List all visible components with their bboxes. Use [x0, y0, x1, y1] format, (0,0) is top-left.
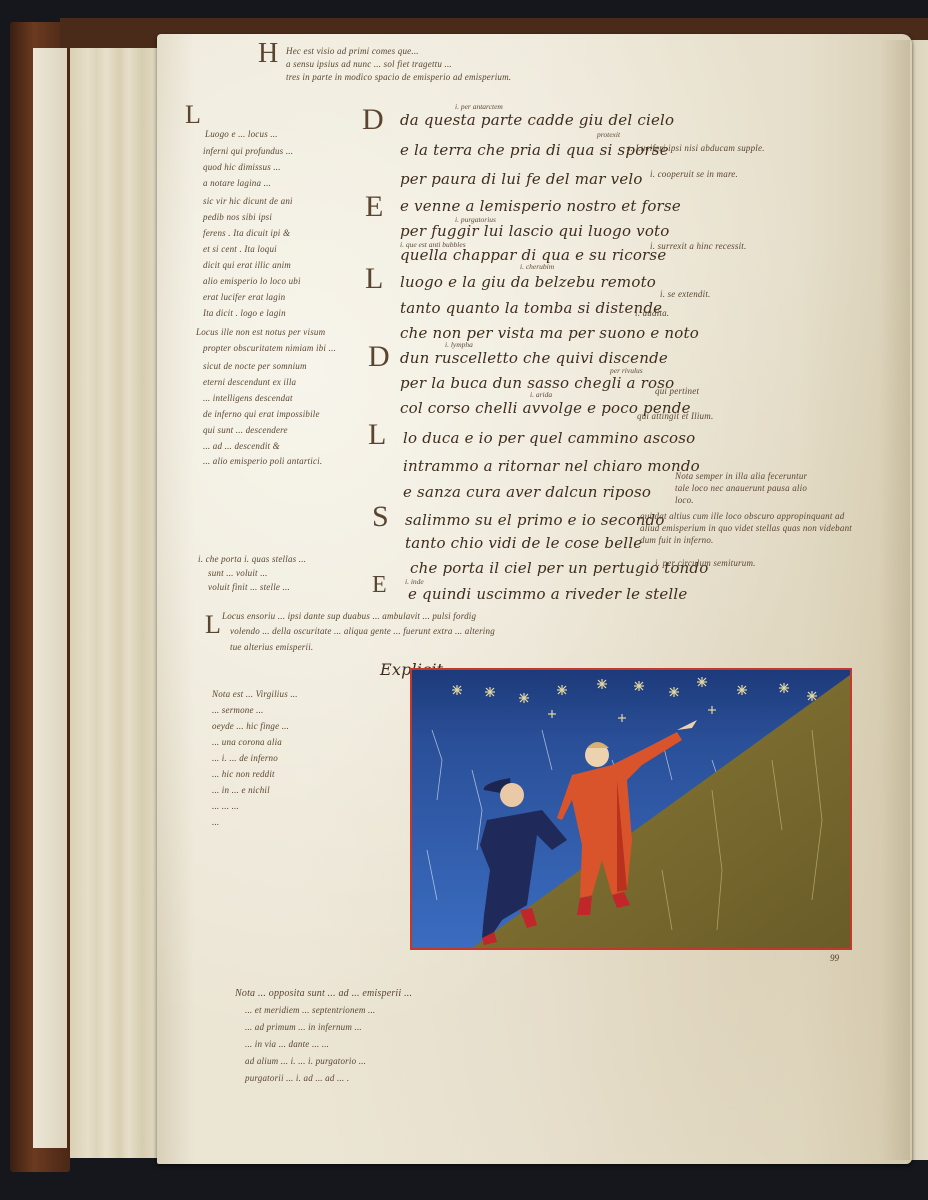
- verse-initial: S: [372, 500, 389, 534]
- verse-line: e quindi uscimmo a riveder le stelle: [408, 584, 688, 604]
- commentary-line: propter obscuritatem nimiam ibi ...: [203, 342, 336, 354]
- verse-initial: E: [372, 572, 387, 599]
- commentary-initial: L: [205, 610, 221, 640]
- verse-line: lo duca e io per quel cammino ascoso: [403, 428, 695, 448]
- commentary-line: Hec est visio ad primi comes que...: [286, 45, 419, 57]
- marginal-gloss: Nota semper in illa alia feceruntur tale…: [675, 470, 820, 506]
- commentary-filler: ... ... ...: [212, 798, 298, 814]
- commentary-filler: ... in ... e nichil: [212, 782, 298, 798]
- commentary-line: ad alium ... i. ... i. purgatorio ...: [235, 1053, 412, 1070]
- marginal-gloss: qui attingit et Ilium.: [637, 410, 713, 422]
- verse-line: tanto chio vidi de le cose belle: [405, 533, 642, 553]
- commentary-line: purgatorii ... i. ad ... ad ... .: [235, 1070, 412, 1087]
- page-curl: [880, 40, 910, 1160]
- commentary-line: ... et meridiem ... septentrionem ...: [235, 1002, 412, 1019]
- miniature-illustration: [410, 668, 852, 950]
- commentary-line: volendo ... della oscuritate ... aliqua …: [230, 625, 495, 637]
- bottom-commentary: Nota ... opposita sunt ... ad ... emispe…: [235, 985, 412, 1087]
- commentary-line: a sensu ipsius ad nunc ... sol fiet trag…: [286, 58, 452, 70]
- verse-line: da questa parte cadde giu del cielo: [400, 110, 674, 130]
- marginal-gloss: i. audita.: [635, 307, 669, 319]
- verse-line: e venne a lemisperio nostro et forse: [400, 196, 681, 216]
- commentary-initial: L: [185, 100, 201, 130]
- marginal-gloss: i. se extendit.: [660, 288, 710, 300]
- miniature-scene: [412, 670, 850, 948]
- commentary-line: ... sermone ...: [212, 702, 298, 718]
- commentary-line: ... in via ... dante ... ...: [235, 1036, 412, 1053]
- interlinear-gloss: i. cherubim: [520, 262, 554, 271]
- verse-initial: D: [362, 103, 384, 137]
- verse-initial: E: [365, 190, 383, 224]
- commentary-filler: ... i. ... de inferno: [212, 750, 298, 766]
- verse-line: salimmo su el primo e io secondo: [405, 510, 665, 530]
- verse-line: dun ruscelletto che quivi discende: [400, 348, 668, 368]
- marginal-gloss: qui pertinet: [655, 385, 699, 397]
- commentary-line: Locus ille non est notus per visum: [196, 326, 325, 338]
- marginal-gloss: i. surrexit a hinc recessit.: [650, 240, 746, 252]
- marginal-gloss: i. cooperuit se in mare.: [650, 168, 738, 180]
- commentary-line: ... ad primum ... in infernum ...: [235, 1019, 412, 1036]
- commentary-line: tres in parte in modico spacio de emispe…: [286, 71, 511, 83]
- commentary-line: i. che porta i. quas stellas ...: [198, 553, 306, 565]
- commentary-line: quod hic dimissus ...: [203, 161, 281, 173]
- commentary-filler: sicut de nocte per somniumeterni descend…: [203, 358, 320, 454]
- marginal-gloss: i. per circulum semiturum.: [655, 557, 756, 569]
- flyleaf: [33, 48, 67, 1148]
- verse-line: e sanza cura aver dalcun riposo: [403, 482, 651, 502]
- commentary-line: Nota est ... Virgilius ...: [212, 686, 298, 702]
- verse-line: tanto quanto la tomba si distende: [400, 298, 662, 318]
- commentary-line: sunt ... voluit ...: [208, 567, 268, 579]
- commentary-line: Locus ensoriu ... ipsi dante sup duabus …: [222, 610, 476, 622]
- commentary-line: Nota ... opposita sunt ... ad ... emispe…: [235, 985, 412, 1002]
- commentary-line: a notare lagina ...: [203, 177, 271, 189]
- verse-line: luogo e la giu da belzebu remoto: [400, 272, 656, 292]
- left-commentary-block-3: Nota est ... Virgilius ... ... sermone .…: [212, 686, 298, 830]
- verse-line: per paura di lui fe del mar velo: [400, 169, 643, 189]
- verse-line: per fuggir lui lascio qui luogo voto: [400, 221, 670, 241]
- commentary-filler: ... una corona alia: [212, 734, 298, 750]
- commentary-filler: sic vir hic dicunt de anipedib nos sibi …: [203, 193, 301, 321]
- marginal-gloss: s. Luciferi ipsi nisi abducam supple.: [627, 142, 765, 154]
- commentary-line: Luogo e ... locus ...: [205, 128, 278, 140]
- commentary-line: ... alio emisperio poli antartici.: [203, 455, 322, 467]
- commentary-filler: ... hic non reddit: [212, 766, 298, 782]
- marginal-gloss: qui dat altius cum ille loco obscuro app…: [640, 510, 865, 546]
- page-stack: [70, 48, 161, 1158]
- verse-initial: L: [368, 418, 386, 452]
- commentary-line: voluit finit ... stelle ...: [208, 581, 290, 593]
- initial-h: H: [258, 38, 278, 70]
- commentary-line: ...: [212, 814, 298, 830]
- commentary-filler: oeyde ... hic finge ...: [212, 718, 298, 734]
- verse-initial: D: [368, 340, 390, 374]
- commentary-line: inferni qui profundus ...: [203, 145, 293, 157]
- verse-line: intrammo a ritornar nel chiaro mondo: [403, 456, 700, 476]
- commentary-line: tue alterius emisperii.: [230, 641, 313, 653]
- folio-number: 99: [830, 953, 839, 963]
- interlinear-gloss: protexit: [597, 130, 620, 139]
- verse-initial: L: [365, 262, 383, 296]
